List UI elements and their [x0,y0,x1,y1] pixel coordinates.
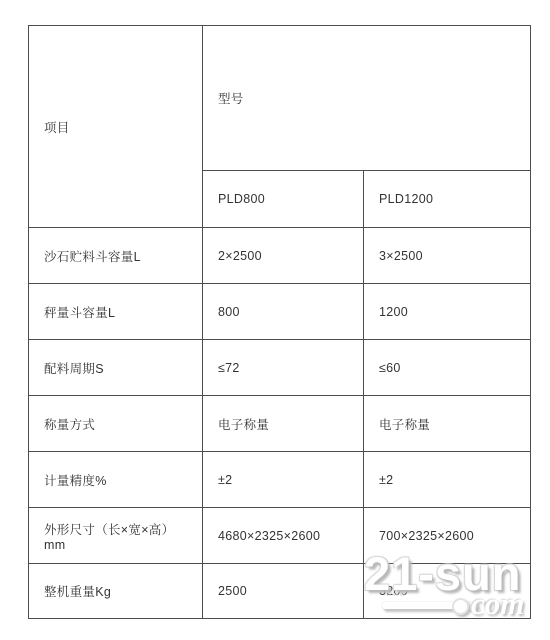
model-pld1200: PLD1200 [364,171,531,228]
row-label: 沙石贮料斗容量L [29,228,203,284]
table-row: 沙石贮料斗容量L 2×2500 3×2500 [29,228,531,284]
row-value-pld1200: 电子称量 [364,396,531,452]
row-value-pld800: 2500 [203,564,364,619]
table-row: 整机重量Kg 2500 3200 [29,564,531,619]
page: 项目 型号 PLD800 PLD1200 沙石贮料斗容量L 2×2500 3×2… [0,0,550,640]
model-pld800: PLD800 [203,171,364,228]
table-row: 外形尺寸（长×宽×高）mm 4680×2325×2600 700×2325×26… [29,508,531,564]
header-model-label: 型号 [203,26,531,171]
row-label: 计量精度% [29,452,203,508]
row-value-pld1200: ±2 [364,452,531,508]
row-value-pld1200: 1200 [364,284,531,340]
row-value-pld800: ≤72 [203,340,364,396]
table-row: 秤量斗容量L 800 1200 [29,284,531,340]
row-value-pld800: 800 [203,284,364,340]
row-label: 称量方式 [29,396,203,452]
row-value-pld800: 2×2500 [203,228,364,284]
table-row: 计量精度% ±2 ±2 [29,452,531,508]
table-row: 称量方式 电子称量 电子称量 [29,396,531,452]
row-value-pld800: 4680×2325×2600 [203,508,364,564]
table-row: 配料周期S ≤72 ≤60 [29,340,531,396]
row-label: 秤量斗容量L [29,284,203,340]
row-value-pld1200: 3200 [364,564,531,619]
row-value-pld1200: 3×2500 [364,228,531,284]
row-label: 整机重量Kg [29,564,203,619]
row-label: 配料周期S [29,340,203,396]
row-value-pld800: 电子称量 [203,396,364,452]
spec-table: 项目 型号 PLD800 PLD1200 沙石贮料斗容量L 2×2500 3×2… [28,25,531,619]
row-value-pld1200: 700×2325×2600 [364,508,531,564]
header-row-model: 项目 型号 [29,26,531,171]
row-label: 外形尺寸（长×宽×高）mm [29,508,203,564]
header-item-label: 项目 [29,26,203,228]
row-value-pld1200: ≤60 [364,340,531,396]
row-value-pld800: ±2 [203,452,364,508]
